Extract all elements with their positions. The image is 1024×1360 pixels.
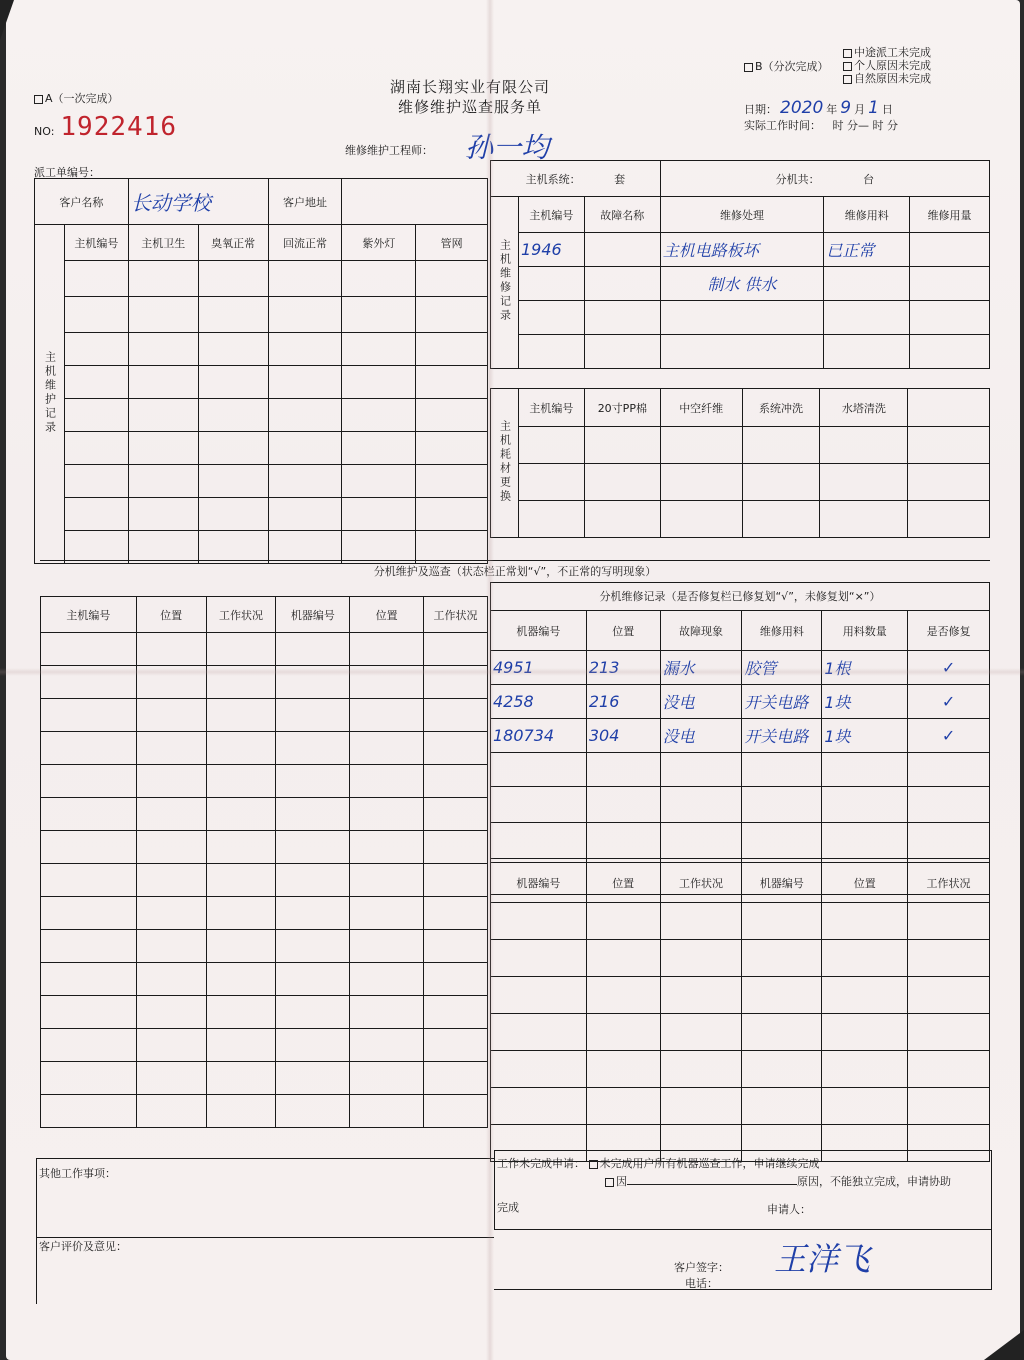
cell[interactable]: [41, 996, 137, 1029]
cell[interactable]: [350, 765, 424, 798]
cell-material[interactable]: 开关电路: [742, 719, 822, 753]
cell[interactable]: [41, 732, 137, 765]
cell[interactable]: [268, 297, 342, 333]
cell-fault[interactable]: [584, 301, 660, 335]
col-material: 维修用料: [824, 197, 910, 233]
cell-quantity[interactable]: 1块: [822, 685, 908, 719]
cell[interactable]: [41, 1062, 137, 1095]
cell[interactable]: [206, 1029, 276, 1062]
cell[interactable]: [198, 261, 268, 297]
cell-fault[interactable]: [584, 335, 660, 369]
cell[interactable]: [198, 465, 268, 498]
cell[interactable]: [206, 732, 276, 765]
cell[interactable]: [136, 831, 206, 864]
cell[interactable]: [416, 261, 488, 297]
reason-natural[interactable]: 自然原因未完成: [843, 72, 931, 85]
cell[interactable]: [416, 465, 488, 498]
cell[interactable]: [586, 977, 660, 1014]
cell-fault[interactable]: [584, 233, 660, 267]
cell[interactable]: [276, 765, 350, 798]
cell[interactable]: [128, 432, 198, 465]
cell[interactable]: [660, 753, 742, 787]
date-day[interactable]: 1: [868, 98, 879, 118]
cell-material[interactable]: 已正常: [824, 233, 910, 267]
cell[interactable]: [416, 333, 488, 366]
cell[interactable]: [64, 261, 128, 297]
cell[interactable]: [64, 297, 128, 333]
cell[interactable]: [198, 432, 268, 465]
cell-symptom[interactable]: 没电: [660, 685, 742, 719]
cell[interactable]: [41, 765, 137, 798]
cell[interactable]: [268, 531, 342, 564]
cell[interactable]: [660, 787, 742, 823]
cell[interactable]: [518, 501, 584, 538]
signature-label: 客户签字：: [674, 1260, 729, 1276]
cell[interactable]: [742, 787, 822, 823]
cell[interactable]: [268, 261, 342, 297]
cell[interactable]: [350, 1062, 424, 1095]
cell[interactable]: [586, 1051, 660, 1088]
cell-treatment[interactable]: 制水 供水: [660, 267, 824, 301]
option-b-checkbox[interactable]: [744, 63, 753, 72]
cell[interactable]: [206, 1095, 276, 1128]
cell-symptom[interactable]: 没电: [660, 719, 742, 753]
cell[interactable]: [908, 1014, 990, 1051]
cell-material[interactable]: 开关电路: [742, 685, 822, 719]
col-machine-no-2: 机器编号: [742, 863, 822, 903]
cell[interactable]: [128, 498, 198, 531]
cell[interactable]: [518, 464, 584, 501]
checkmark-icon[interactable]: ✓: [908, 685, 990, 719]
cell[interactable]: [416, 498, 488, 531]
cell[interactable]: [41, 864, 137, 897]
cell[interactable]: [128, 531, 198, 564]
cell[interactable]: [268, 366, 342, 399]
col-hollow-fiber: 中空纤维: [660, 389, 742, 427]
cell[interactable]: [128, 333, 198, 366]
option-a-checkbox[interactable]: [34, 95, 43, 104]
evaluation-box[interactable]: 客户评价及意见：: [36, 1236, 494, 1304]
reason-natural-checkbox[interactable]: [843, 75, 852, 84]
cell[interactable]: [64, 465, 128, 498]
cell-machine-no[interactable]: 4258: [491, 685, 587, 719]
cell[interactable]: [206, 798, 276, 831]
cell[interactable]: [342, 366, 416, 399]
other-work-box[interactable]: 其他工作事项：: [36, 1158, 494, 1238]
table-row: [35, 432, 488, 465]
reason-midway[interactable]: 中途派工未完成: [843, 46, 931, 59]
cell[interactable]: [424, 699, 488, 732]
cell[interactable]: [416, 399, 488, 432]
cell[interactable]: [350, 831, 424, 864]
cell[interactable]: [136, 765, 206, 798]
cell[interactable]: [350, 798, 424, 831]
cell[interactable]: [424, 996, 488, 1029]
cell[interactable]: [908, 753, 990, 787]
cell-treatment[interactable]: 主机电路板坏: [660, 233, 824, 267]
cell[interactable]: [41, 1095, 137, 1128]
col-quantity: 维修用量: [910, 197, 990, 233]
cell[interactable]: [276, 897, 350, 930]
cell[interactable]: [276, 930, 350, 963]
cell[interactable]: [586, 903, 660, 940]
cell[interactable]: [136, 996, 206, 1029]
cell[interactable]: [822, 903, 908, 940]
cell[interactable]: [822, 1051, 908, 1088]
cell[interactable]: [350, 996, 424, 1029]
cell[interactable]: [491, 1051, 587, 1088]
cell[interactable]: [198, 297, 268, 333]
cell[interactable]: [908, 427, 990, 464]
cell[interactable]: [424, 963, 488, 996]
reason-personal[interactable]: 个人原因未完成: [843, 59, 931, 72]
customer-address-value[interactable]: [342, 179, 488, 225]
col-status-2: 工作状况: [424, 597, 488, 633]
cell[interactable]: [424, 633, 488, 666]
cell[interactable]: [660, 977, 742, 1014]
cell[interactable]: [41, 963, 137, 996]
cell[interactable]: [206, 1062, 276, 1095]
cell[interactable]: [491, 823, 587, 859]
cell[interactable]: [660, 1014, 742, 1051]
table-row: [491, 823, 990, 859]
complete-text: 完成: [495, 1189, 991, 1215]
cell[interactable]: [276, 633, 350, 666]
table-row: [35, 465, 488, 498]
cell[interactable]: [660, 427, 742, 464]
cell[interactable]: [350, 633, 424, 666]
cell[interactable]: [424, 864, 488, 897]
cell[interactable]: [350, 930, 424, 963]
table-row: [41, 864, 488, 897]
cell[interactable]: [41, 831, 137, 864]
cell[interactable]: [276, 699, 350, 732]
incomplete-opt2-checkbox[interactable]: [605, 1178, 614, 1187]
cell[interactable]: [350, 1095, 424, 1128]
cell[interactable]: [742, 1088, 822, 1125]
cell[interactable]: [586, 1014, 660, 1051]
cell[interactable]: [276, 996, 350, 1029]
cell-host-no[interactable]: [518, 267, 584, 301]
cell[interactable]: [206, 996, 276, 1029]
cell[interactable]: [64, 498, 128, 531]
cell[interactable]: [491, 940, 587, 977]
cell[interactable]: [342, 498, 416, 531]
cell[interactable]: [660, 903, 742, 940]
cell[interactable]: [136, 699, 206, 732]
cell[interactable]: [908, 823, 990, 859]
cell[interactable]: [908, 464, 990, 501]
cell[interactable]: [342, 261, 416, 297]
col-host-no: 主机编号: [41, 597, 137, 633]
col-host-no: 主机编号: [64, 225, 128, 261]
signature-box: 客户签字： 电话： 王洋飞: [494, 1230, 992, 1290]
cell[interactable]: [586, 823, 660, 859]
cell[interactable]: [491, 903, 587, 940]
cell[interactable]: [136, 930, 206, 963]
cell[interactable]: [276, 864, 350, 897]
cell[interactable]: [491, 1014, 587, 1051]
cell[interactable]: [416, 297, 488, 333]
cell[interactable]: [128, 261, 198, 297]
cell-host-no[interactable]: 1946: [518, 233, 584, 267]
customer-signature[interactable]: 王洋飞: [774, 1234, 870, 1280]
cell[interactable]: [206, 864, 276, 897]
cell[interactable]: [342, 531, 416, 564]
cell[interactable]: [908, 940, 990, 977]
option-a[interactable]: A（一次完成）: [34, 90, 119, 106]
cell[interactable]: [128, 366, 198, 399]
cell[interactable]: [424, 897, 488, 930]
cell[interactable]: [584, 501, 660, 538]
cell[interactable]: [424, 765, 488, 798]
cell[interactable]: [342, 297, 416, 333]
cell-material[interactable]: [824, 301, 910, 335]
cell[interactable]: [660, 823, 742, 859]
table-row: [491, 427, 990, 464]
cell[interactable]: [136, 633, 206, 666]
table-row: [35, 261, 488, 297]
cell[interactable]: [822, 1088, 908, 1125]
cell[interactable]: [822, 753, 908, 787]
cell[interactable]: [491, 1088, 587, 1125]
cell[interactable]: [276, 798, 350, 831]
cell[interactable]: [41, 1029, 137, 1062]
reason-personal-checkbox[interactable]: [843, 62, 852, 71]
cell[interactable]: [908, 903, 990, 940]
cell[interactable]: [136, 963, 206, 996]
cell[interactable]: [342, 432, 416, 465]
cell[interactable]: [586, 787, 660, 823]
col-location: 位置: [586, 611, 660, 651]
cell[interactable]: [342, 399, 416, 432]
cell[interactable]: [586, 1088, 660, 1125]
cell[interactable]: [41, 930, 137, 963]
cell-quantity[interactable]: 1块: [822, 719, 908, 753]
cell-fault[interactable]: [584, 267, 660, 301]
cell[interactable]: [584, 427, 660, 464]
cell[interactable]: [586, 753, 660, 787]
cell-quantity[interactable]: [910, 267, 990, 301]
cell[interactable]: [206, 765, 276, 798]
cell[interactable]: [424, 1029, 488, 1062]
cell[interactable]: [350, 732, 424, 765]
cell[interactable]: [660, 940, 742, 977]
cell-quantity[interactable]: [910, 233, 990, 267]
reason-blank[interactable]: [627, 1184, 797, 1185]
cell[interactable]: [584, 464, 660, 501]
cell[interactable]: [268, 465, 342, 498]
cell[interactable]: [820, 427, 908, 464]
cell[interactable]: [64, 531, 128, 564]
cell[interactable]: [660, 1088, 742, 1125]
cell-quantity[interactable]: [910, 335, 990, 369]
cell[interactable]: [198, 399, 268, 432]
cell[interactable]: [742, 753, 822, 787]
cell[interactable]: [424, 1062, 488, 1095]
cell[interactable]: [424, 1095, 488, 1128]
sub-count: 分机共： 台: [660, 161, 989, 197]
cell[interactable]: [136, 798, 206, 831]
cell[interactable]: [136, 897, 206, 930]
paper-fold-horizontal: [0, 668, 1024, 676]
cell[interactable]: [136, 864, 206, 897]
cell[interactable]: [198, 531, 268, 564]
cell[interactable]: [424, 930, 488, 963]
cell[interactable]: [822, 787, 908, 823]
cell[interactable]: [136, 1062, 206, 1095]
cell[interactable]: [198, 366, 268, 399]
reason-midway-checkbox[interactable]: [843, 49, 852, 58]
cell[interactable]: [41, 699, 137, 732]
cell[interactable]: [416, 531, 488, 564]
cell[interactable]: [742, 427, 820, 464]
table-row: [491, 1014, 990, 1051]
cell[interactable]: [206, 699, 276, 732]
cell[interactable]: [276, 1095, 350, 1128]
cell-machine-no[interactable]: 180734: [491, 719, 587, 753]
option-b[interactable]: B（分次完成）: [744, 58, 829, 74]
cell[interactable]: [128, 297, 198, 333]
col-status: 工作状况: [660, 863, 742, 903]
cell[interactable]: [206, 897, 276, 930]
cell[interactable]: [198, 333, 268, 366]
table-row: [41, 897, 488, 930]
table-row: [491, 940, 990, 977]
table-row: [491, 1088, 990, 1125]
cell[interactable]: [350, 864, 424, 897]
customer-name-value[interactable]: 长动学校: [128, 179, 268, 225]
cell[interactable]: [518, 427, 584, 464]
cell[interactable]: [268, 498, 342, 531]
cell[interactable]: [820, 501, 908, 538]
cell[interactable]: [742, 501, 820, 538]
cell[interactable]: [64, 399, 128, 432]
table-row: [41, 831, 488, 864]
cell-treatment[interactable]: [660, 335, 824, 369]
cell[interactable]: [136, 1095, 206, 1128]
cell[interactable]: [350, 963, 424, 996]
cell[interactable]: [586, 940, 660, 977]
cell[interactable]: [350, 699, 424, 732]
cell-location[interactable]: 304: [586, 719, 660, 753]
cell[interactable]: [424, 732, 488, 765]
cell[interactable]: [276, 1029, 350, 1062]
table-row: [35, 399, 488, 432]
cell-treatment[interactable]: [660, 301, 824, 335]
cell[interactable]: [424, 831, 488, 864]
cell[interactable]: [64, 366, 128, 399]
cell[interactable]: [350, 1029, 424, 1062]
cell[interactable]: [128, 399, 198, 432]
cell[interactable]: [416, 366, 488, 399]
cell-material[interactable]: [824, 267, 910, 301]
incomplete-opt1-checkbox[interactable]: [589, 1160, 598, 1169]
cell[interactable]: [491, 977, 587, 1014]
cell[interactable]: [268, 333, 342, 366]
cell[interactable]: [416, 432, 488, 465]
cell[interactable]: [742, 823, 822, 859]
cell[interactable]: [491, 753, 587, 787]
cell[interactable]: [742, 464, 820, 501]
cell[interactable]: [908, 1088, 990, 1125]
cell[interactable]: [41, 633, 137, 666]
cell[interactable]: [742, 940, 822, 977]
cell[interactable]: [206, 831, 276, 864]
host-system: 主机系统： 套: [491, 161, 661, 197]
cell-material[interactable]: [824, 335, 910, 369]
host-maintenance-table: 客户名称 长动学校 客户地址 主机维护记录 主机编号 主机卫生 臭氧正常 回流正…: [34, 178, 488, 564]
cell[interactable]: [350, 897, 424, 930]
cell[interactable]: [742, 1014, 822, 1051]
cell[interactable]: [64, 432, 128, 465]
cell[interactable]: [820, 464, 908, 501]
cell[interactable]: [822, 1014, 908, 1051]
cell[interactable]: [206, 633, 276, 666]
cell[interactable]: [424, 798, 488, 831]
cell[interactable]: [908, 787, 990, 823]
col-location: 位置: [136, 597, 206, 633]
cell[interactable]: [41, 798, 137, 831]
cell[interactable]: [660, 501, 742, 538]
cell-host-no[interactable]: [518, 335, 584, 369]
cell[interactable]: [64, 333, 128, 366]
cell[interactable]: [268, 432, 342, 465]
table-row: [491, 301, 990, 335]
cell[interactable]: [136, 732, 206, 765]
cell[interactable]: [822, 823, 908, 859]
cell[interactable]: [742, 903, 822, 940]
table-row: [491, 903, 990, 940]
cell[interactable]: [660, 464, 742, 501]
cell[interactable]: [276, 831, 350, 864]
cell[interactable]: [41, 897, 137, 930]
cell[interactable]: [276, 732, 350, 765]
col-machine-no: 机器编号: [276, 597, 350, 633]
cell[interactable]: [908, 501, 990, 538]
col-status: 工作状况: [206, 597, 276, 633]
cell[interactable]: [822, 977, 908, 1014]
cell[interactable]: [268, 399, 342, 432]
cell[interactable]: [742, 1051, 822, 1088]
cell[interactable]: [276, 1062, 350, 1095]
cell[interactable]: [136, 1029, 206, 1062]
cell[interactable]: [822, 940, 908, 977]
cell[interactable]: [206, 930, 276, 963]
cell[interactable]: [342, 465, 416, 498]
evaluation-label: 客户评价及意见：: [37, 1236, 494, 1256]
checkmark-icon[interactable]: ✓: [908, 719, 990, 753]
cell[interactable]: [491, 787, 587, 823]
cell-host-no[interactable]: [518, 301, 584, 335]
cell[interactable]: [660, 1051, 742, 1088]
cell[interactable]: [742, 977, 822, 1014]
table-row: [41, 798, 488, 831]
cell[interactable]: [198, 498, 268, 531]
cell[interactable]: [908, 977, 990, 1014]
cell-quantity[interactable]: [910, 301, 990, 335]
cell-location[interactable]: 216: [586, 685, 660, 719]
cell[interactable]: [128, 465, 198, 498]
cell[interactable]: [206, 963, 276, 996]
table-row: [35, 366, 488, 399]
customer-address-label: 客户地址: [268, 179, 342, 225]
cell[interactable]: [908, 1051, 990, 1088]
cell[interactable]: [342, 333, 416, 366]
date-year[interactable]: 2020: [780, 98, 823, 118]
date-month[interactable]: 9: [840, 98, 851, 118]
cell[interactable]: [276, 963, 350, 996]
